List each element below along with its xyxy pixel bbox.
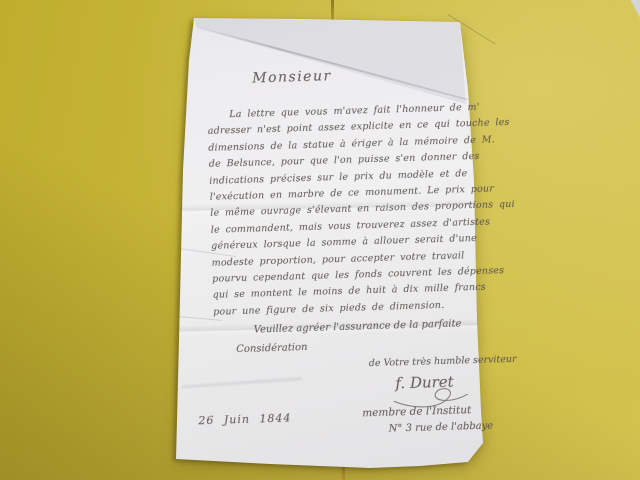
- signature-flourish: [389, 383, 474, 411]
- letter-body: La lettre que vous m'avez fait l'honneur…: [207, 99, 497, 321]
- signature-block: f. Duret: [395, 371, 500, 394]
- valediction: de Votre très humble serviteur: [369, 353, 499, 372]
- letter-date: 26 Juin 1844: [198, 411, 291, 427]
- photo-of-letter: Monsieur La lettre que vous m'avez fait …: [0, 0, 640, 480]
- handwritten-text: Monsieur La lettre que vous m'avez fait …: [200, 61, 501, 442]
